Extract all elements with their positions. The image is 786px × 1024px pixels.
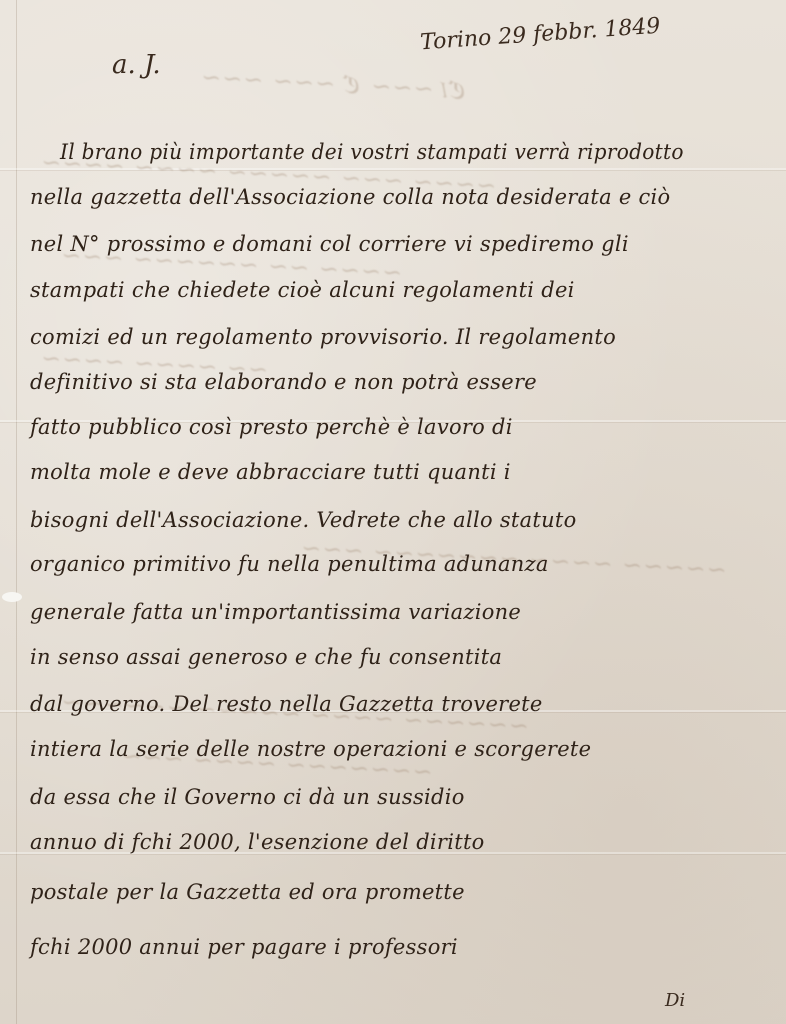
letter-line: comizi ed un regolamento provvisorio. Il… <box>30 325 778 349</box>
letter-line: bisogni dell'Associazione. Vedrete che a… <box>30 508 778 532</box>
letter-line: molta mole e deve abbracciare tutti quan… <box>30 460 778 484</box>
paper-fold-vertical <box>16 0 17 1024</box>
letter-line: in senso assai generoso e che fu consent… <box>30 645 778 669</box>
letter-page: ℭ𝔩 ~~~ ℭ ~~~ ~~~ ~~~~ ~~~ ~~~~~ ~~~~ ~~~… <box>0 0 786 1024</box>
paper-tear <box>2 592 22 602</box>
letter-line: generale fatta un'importantissima variaz… <box>30 600 778 624</box>
letter-line: da essa che il Governo ci dà un sussidio <box>30 785 778 809</box>
letter-line: dal governo. Del resto nella Gazzetta tr… <box>30 692 778 716</box>
letter-line: stampati che chiedete cioè alcuni regola… <box>30 278 778 302</box>
catchword: Di <box>665 990 685 1011</box>
letter-date: Torino 29 febbr. 1849 <box>419 14 661 56</box>
letter-salutation: a. J. <box>112 50 161 80</box>
letter-line: organico primitivo fu nella penultima ad… <box>30 552 778 576</box>
letter-line: Il brano più importante dei vostri stamp… <box>60 140 778 164</box>
letter-line: intiera la serie delle nostre operazioni… <box>30 737 778 761</box>
letter-line: nella gazzetta dell'Associazione colla n… <box>30 185 778 209</box>
letter-line: definitivo si sta elaborando e non potrà… <box>30 370 778 394</box>
ink-bleed: ℭ𝔩 ~~~ ℭ ~~~ ~~~ <box>199 63 468 105</box>
letter-line: fatto pubblico così presto perchè è lavo… <box>30 415 778 439</box>
letter-line: fchi 2000 annui per pagare i professori <box>30 935 778 959</box>
letter-line: annuo di fchi 2000, l'esenzione del diri… <box>30 830 778 854</box>
letter-line: postale per la Gazzetta ed ora promette <box>30 880 778 904</box>
letter-line: nel N° prossimo e domani col corriere vi… <box>30 232 778 256</box>
